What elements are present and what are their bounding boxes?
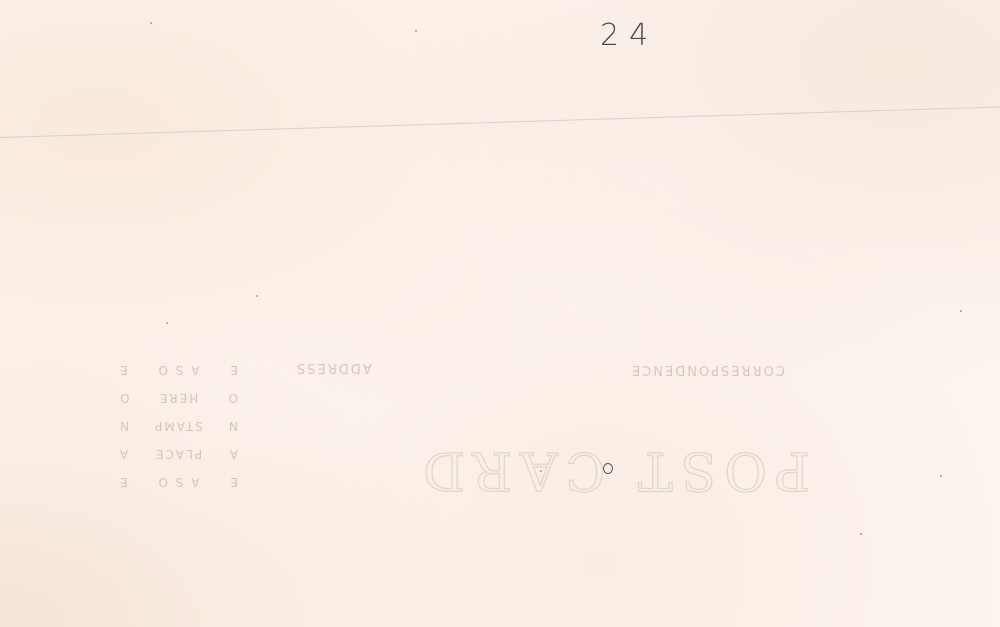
stamp-box: E A S O E A PLACE A N STAMP N O HERE O E… (118, 356, 238, 496)
stamp-row: E A S O E (118, 356, 238, 384)
crease-line (0, 106, 1000, 138)
stamp-text: PLACE (128, 447, 228, 461)
stamp-row: O HERE O (118, 384, 238, 412)
stamp-text: HERE (129, 391, 226, 405)
pin-hole-mark (603, 463, 613, 474)
stamp-side-letter: O (227, 391, 238, 405)
stamp-text: A S O (128, 475, 229, 489)
stamp-side-letter: E (228, 363, 238, 377)
stamp-text: A S O (128, 363, 229, 377)
correspondence-label: CORRESPONDENCE (630, 362, 785, 377)
stamp-side-letter: A (228, 447, 238, 461)
stamp-side-letter: E (228, 475, 238, 489)
stamp-side-letter: E (118, 363, 128, 377)
stamp-side-letter: N (227, 419, 238, 433)
stamp-side-letter: N (118, 419, 129, 433)
stamp-side-letter: E (118, 475, 128, 489)
stamp-row: E A S O E (118, 468, 238, 496)
handwritten-number: 24 (600, 18, 658, 53)
stamp-side-letter: A (118, 447, 128, 461)
stamp-text: STAMP (129, 419, 227, 433)
stamp-row: A PLACE A (118, 440, 238, 468)
stamp-row: N STAMP N (118, 412, 238, 440)
postcard-back: 24 CORRESPONDENCE ADDRESS E A S O E A PL… (0, 0, 1000, 627)
stamp-side-letter: O (118, 391, 129, 405)
address-label: ADDRESS (295, 360, 372, 375)
